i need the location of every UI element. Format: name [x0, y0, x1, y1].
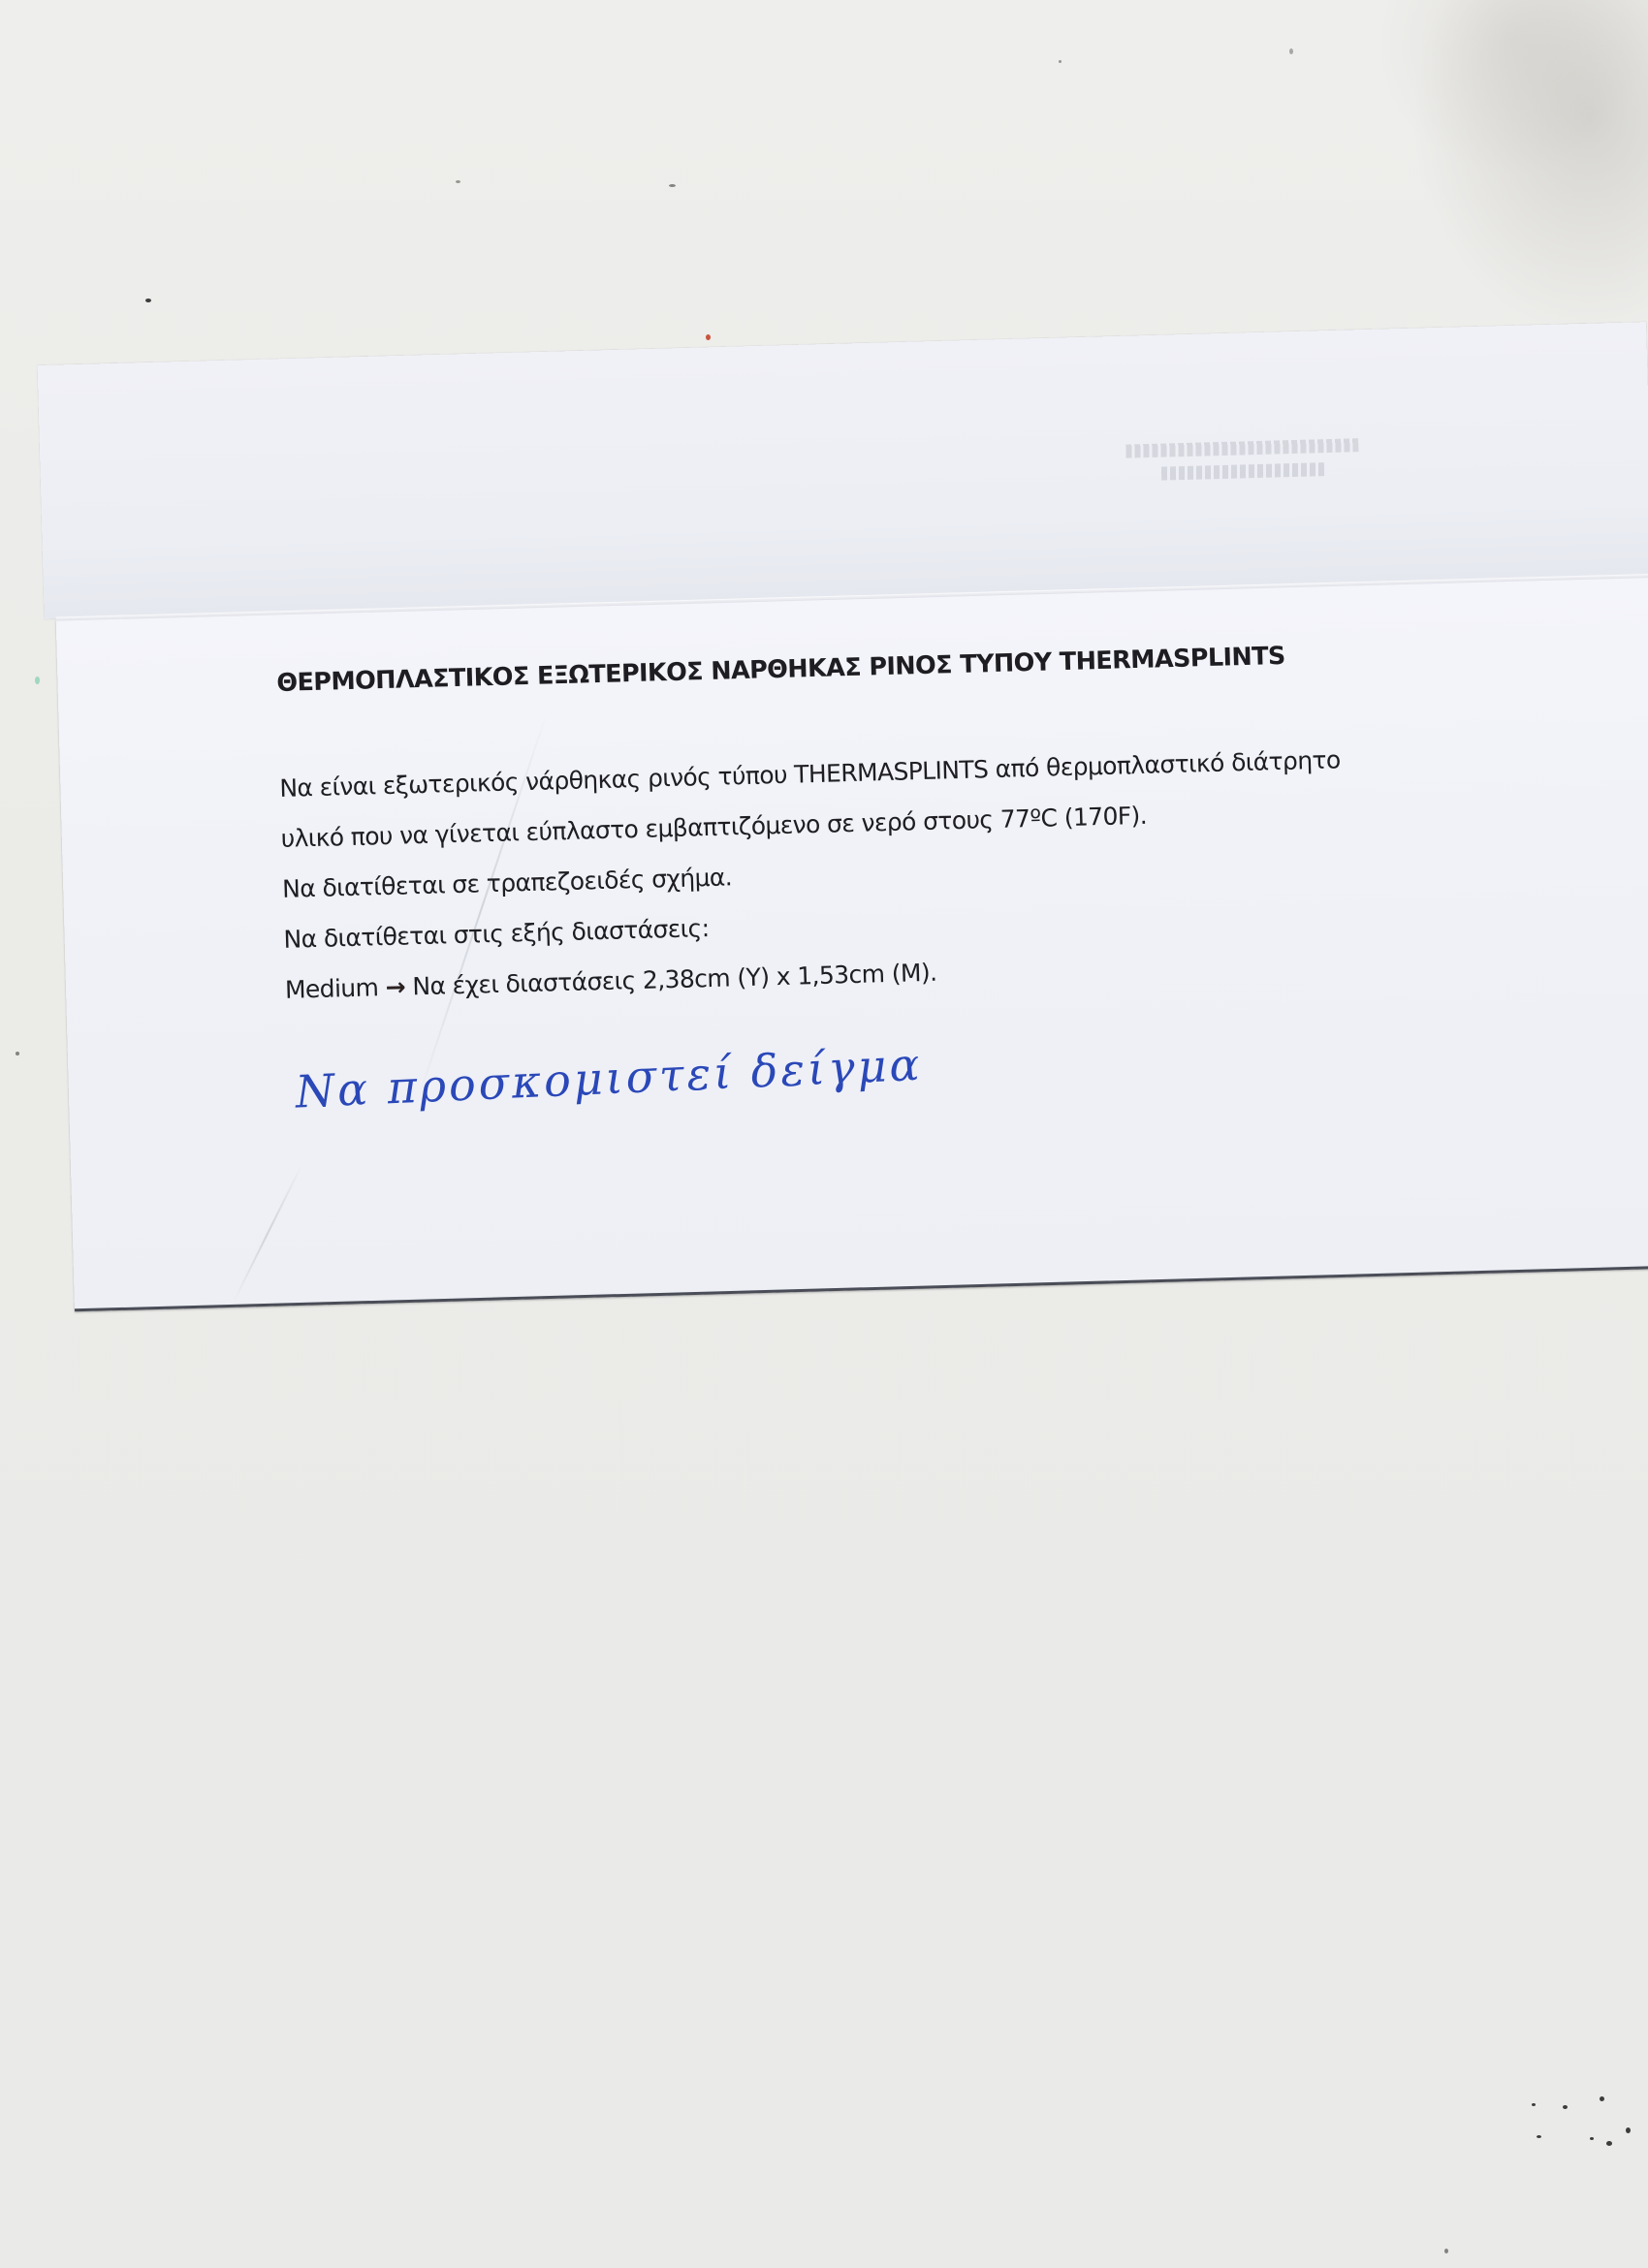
dust-speck	[1059, 60, 1062, 63]
dust-speck	[145, 299, 151, 302]
document-content: ΘΕΡΜΟΠΛΑΣΤΙΚΟΣ ΕΞΩΤΕΡΙΚΟΣ ΝΑΡΘΗΚΑΣ ΡΙΝΟΣ…	[276, 633, 1597, 1118]
dust-speck	[1532, 2103, 1536, 2106]
dust-speck	[669, 184, 676, 187]
dust-speck	[1444, 2249, 1448, 2253]
arrow-right-icon: →	[385, 973, 405, 1002]
dust-speck	[16, 1052, 19, 1055]
dust-speck	[1590, 2137, 1594, 2140]
size-label: Medium	[285, 973, 379, 1004]
dust-speck	[1600, 2096, 1604, 2101]
dust-speck	[1606, 2141, 1612, 2146]
bleed-through-stamp	[1125, 407, 1359, 490]
size-dimensions: Να έχει διαστάσεις 2,38cm (Y) x 1,53cm (…	[412, 959, 937, 1001]
dust-speck	[1626, 2127, 1631, 2133]
dust-speck	[1289, 48, 1293, 54]
dust-speck	[456, 180, 460, 183]
paper-crease	[232, 1164, 302, 1304]
dust-speck	[35, 677, 40, 684]
dust-speck	[1537, 2135, 1541, 2138]
dust-speck	[1563, 2105, 1568, 2109]
paper-top-flap	[38, 322, 1648, 619]
